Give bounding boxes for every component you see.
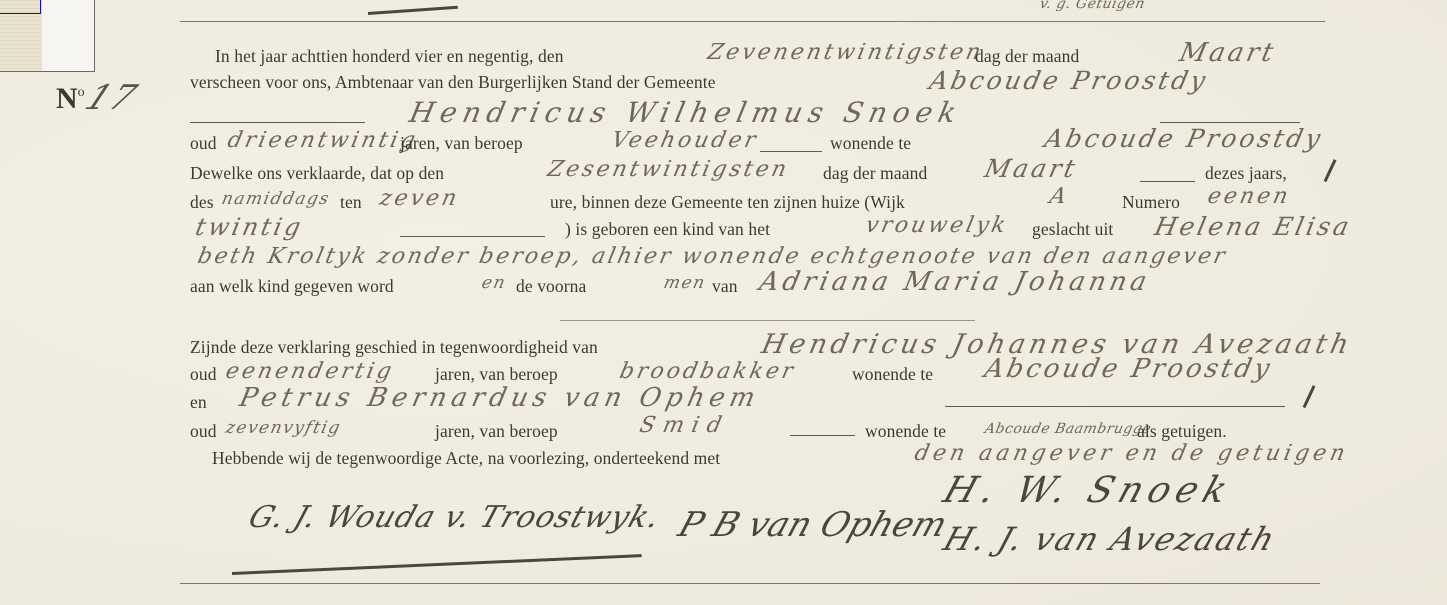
handwritten-witness2-name: Petrus Bernardus van Ophem <box>237 383 763 413</box>
printed-text: wonende te <box>852 364 933 385</box>
handwritten-house-number-cont: twintig <box>193 213 306 241</box>
handwritten-signatories: den aangever en de getuigen <box>912 441 1351 466</box>
printed-text: jaren, van beroep <box>435 421 558 442</box>
handwritten-declarant-name: Hendricus Wilhelmus Snoek <box>406 96 965 129</box>
printed-text: de voorna <box>516 276 586 297</box>
printed-text: dezes jaars, <box>1205 163 1287 184</box>
handwritten-child-name: Adriana Maria Johanna <box>757 267 1154 297</box>
handwritten-witness1-age: eenendertig <box>223 359 396 384</box>
handwritten-residence: Abcoude Proostdy <box>1042 124 1326 153</box>
handwritten-month: Maart <box>1177 38 1279 68</box>
pen-stroke <box>1324 159 1337 182</box>
bottom-divider <box>180 583 1320 584</box>
document-scan[interactable]: v. g. Getuigen No 17 In het jaar achttie… <box>0 0 1447 605</box>
printed-text: jaren, van beroep <box>435 364 558 385</box>
printed-text: ure, binnen deze Gemeente ten zijnen hui… <box>550 192 905 213</box>
signature-witness1: H. J. van Avezaath <box>939 520 1282 558</box>
handwritten-hour: zeven <box>377 186 462 211</box>
printed-text: ten <box>340 192 362 213</box>
printed-text: verscheen voor ons, Ambtenaar van den Bu… <box>190 72 716 93</box>
signature-declarant: H. W. Snoek <box>938 470 1238 511</box>
handwritten-house-number: eenen <box>1205 184 1293 209</box>
handwritten-birth-month: Maart <box>982 154 1081 183</box>
printed-text: dag der maand <box>975 46 1079 67</box>
blank-line <box>760 151 822 152</box>
handwritten-witness1-residence: Abcoude Proostdy <box>982 354 1275 384</box>
pen-stroke <box>1303 385 1316 408</box>
printed-text: van <box>712 276 738 297</box>
blank-line <box>790 435 855 436</box>
printed-text: In het jaar achttien honderd vier en neg… <box>215 46 564 67</box>
blank-line <box>1140 181 1195 182</box>
signature-underline <box>232 554 642 575</box>
section-divider <box>560 320 975 321</box>
printed-text: jaren, van beroep <box>400 133 523 154</box>
handwritten-mother-name: Helena Elisa <box>1152 212 1354 241</box>
blank-line <box>1160 122 1300 123</box>
printed-text: ) is geboren een kind van het <box>565 219 770 240</box>
printed-text: geslacht uit <box>1032 219 1113 240</box>
handwritten-sex: vrouwelyk <box>863 213 1010 238</box>
printed-text: dag der maand <box>823 163 927 184</box>
handwritten-daypart: namiddags <box>220 189 332 209</box>
handwritten-suffix: men <box>662 273 708 293</box>
printed-text: wonende te <box>865 421 946 442</box>
printed-text: Dewelke ons verklaarde, dat op den <box>190 163 444 184</box>
blank-line <box>400 236 545 237</box>
printed-text: en <box>190 392 207 413</box>
handwritten-witness2-occupation: Smid <box>637 413 731 438</box>
blank-line <box>945 406 1285 407</box>
previous-record-fragment: v. g. Getuigen <box>1038 0 1146 12</box>
printed-text: wonende te <box>830 133 911 154</box>
printed-text: Numero <box>1122 192 1180 213</box>
record-number-label: No <box>56 82 85 116</box>
previous-record-signature-stroke <box>368 6 458 15</box>
record-number: 17 <box>79 78 145 118</box>
handwritten-witness2-age: zevenvyftig <box>224 418 343 438</box>
printed-text: Hebbende wij de tegenwoordige Acte, na v… <box>212 448 720 469</box>
handwritten-mother-details: beth Kroltyk zonder beroep, alhier wonen… <box>195 244 1229 269</box>
printed-text: oud <box>190 133 217 154</box>
handwritten-witness2-residence: Abcoude Baambrugge <box>983 421 1153 437</box>
printed-text: oud <box>190 364 217 385</box>
handwritten-suffix: en <box>480 273 508 293</box>
handwritten-birth-day: Zesentwintigsten <box>545 157 791 182</box>
document-minimap[interactable] <box>0 0 95 72</box>
top-divider <box>180 21 1325 22</box>
printed-text: aan welk kind gegeven word <box>190 276 394 297</box>
printed-text: Zijnde deze verklaring geschied in tegen… <box>190 337 598 358</box>
printed-text: als getuigen. <box>1137 421 1227 442</box>
signature-witness2: P B van Ophem <box>674 505 953 545</box>
minimap-viewport-indicator[interactable] <box>0 0 41 14</box>
handwritten-age: drieentwintig <box>225 128 420 153</box>
handwritten-occupation: Veehouder <box>609 128 760 153</box>
printed-text: des <box>190 192 214 213</box>
blank-line <box>190 122 365 123</box>
handwritten-witness1-occupation: broodbakker <box>617 359 798 384</box>
printed-text: oud <box>190 421 217 442</box>
handwritten-day: Zevenentwintigsten <box>705 40 986 65</box>
signature-official: G. J. Wouda v. Troostwyk. <box>244 500 665 535</box>
handwritten-wijk: A <box>1047 184 1071 209</box>
handwritten-municipality: Abcoude Proostdy <box>927 66 1211 95</box>
